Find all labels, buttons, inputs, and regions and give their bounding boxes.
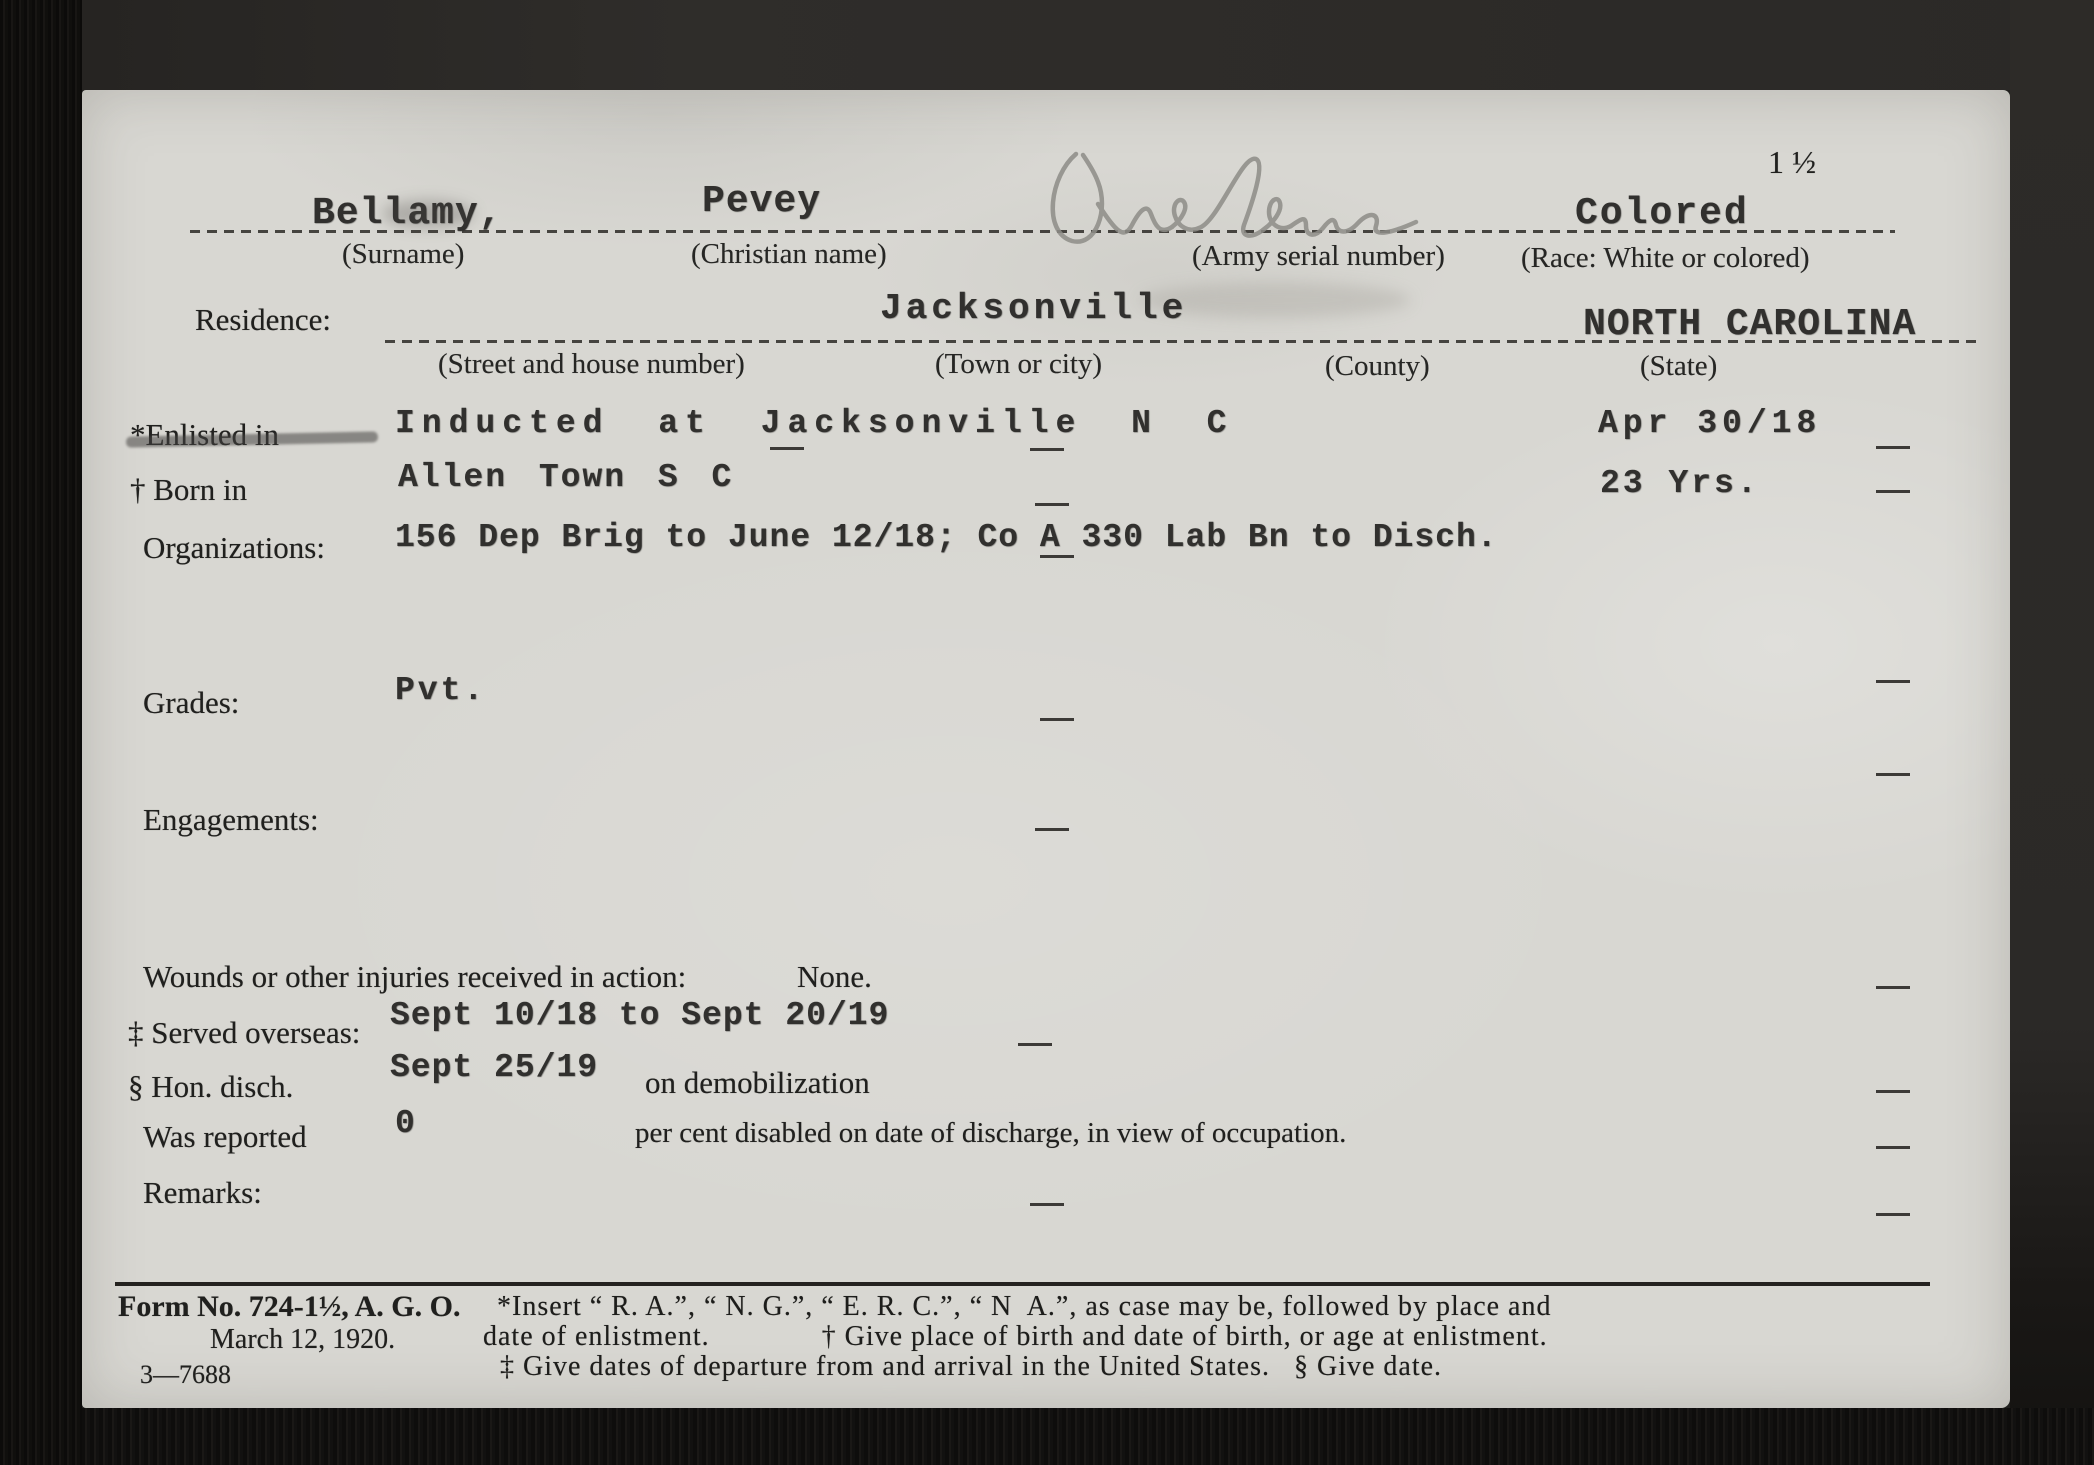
scan-border-right: [2010, 0, 2094, 1465]
remarks-label: Remarks:: [143, 1175, 262, 1211]
dash-mark: [1876, 1213, 1910, 1216]
dash-mark: [1040, 555, 1074, 558]
scan-border-left: [0, 0, 82, 1465]
hon-disch-date: Sept 25/19: [390, 1049, 598, 1086]
christian-name-label: (Christian name): [691, 238, 887, 271]
enlisted-date: Apr 30/18: [1598, 405, 1821, 442]
born-value: Allen Town S C: [398, 459, 733, 496]
engagements-label: Engagements:: [143, 802, 319, 838]
record-card: 1 ½ Bellamy, Pevey Colored (Surname) (Ch…: [82, 90, 2010, 1408]
dash-mark: [1876, 490, 1910, 493]
town-label: (Town or city): [935, 348, 1102, 381]
born-label: † Born in: [130, 472, 247, 508]
scanned-service-record: 1 ½ Bellamy, Pevey Colored (Surname) (Ch…: [0, 0, 2094, 1465]
dash-mark: [1876, 773, 1910, 776]
dash-mark: [770, 447, 804, 450]
form-number: Form No. 724-1½, A. G. O.: [118, 1290, 460, 1324]
hon-disch-reason: on demobilization: [645, 1065, 870, 1101]
dash-mark: [1876, 446, 1910, 449]
surname-label: (Surname): [342, 238, 464, 271]
wounds-value: None.: [797, 959, 872, 995]
served-overseas-label: ‡ Served overseas:: [128, 1015, 360, 1051]
residence-label: Residence:: [195, 302, 331, 338]
form-date: March 12, 1920.: [210, 1324, 395, 1356]
residence-row-rule: [385, 340, 1977, 343]
race-label: (Race: White or colored): [1521, 242, 1810, 275]
was-reported-label: Was reported: [143, 1119, 307, 1155]
dash-mark: [1030, 448, 1064, 451]
county-label: (County): [1325, 350, 1430, 383]
corner-mark: 1 ½: [1768, 144, 1816, 181]
dash-mark: [1876, 680, 1910, 683]
footnote-line-1: *Insert “ R. A.”, “ N. G.”, “ E. R. C.”,…: [497, 1291, 1551, 1323]
organizations-value: 156 Dep Brig to June 12/18; Co A 330 Lab…: [395, 519, 1498, 556]
served-overseas-value: Sept 10/18 to Sept 20/19: [390, 997, 889, 1034]
footer-rule: [115, 1282, 1930, 1286]
print-code: 3—7688: [140, 1360, 231, 1390]
disability-percent-value: 0: [395, 1105, 416, 1142]
dash-mark: [1035, 828, 1069, 831]
dash-mark: [1040, 718, 1074, 721]
race-value: Colored: [1575, 192, 1749, 235]
street-label: (Street and house number): [438, 348, 745, 381]
grades-label: Grades:: [143, 685, 239, 721]
age-value: 23 Yrs.: [1600, 465, 1760, 502]
dash-mark: [1876, 986, 1910, 989]
hon-disch-label: § Hon. disch.: [128, 1069, 293, 1105]
dash-mark: [1030, 1203, 1064, 1206]
surname-smudge: [382, 200, 474, 228]
footnote-line-2: date of enlistment. † Give place of birt…: [483, 1321, 1548, 1353]
dash-mark: [1876, 1146, 1910, 1149]
dash-mark: [1035, 503, 1069, 506]
state-label: (State): [1640, 350, 1717, 383]
christian-name-value: Pevey: [702, 180, 821, 223]
disability-suffix: per cent disabled on date of discharge, …: [635, 1117, 1346, 1150]
enlisted-value: Inducted at Jacksonville N C: [395, 405, 1234, 442]
serial-number-label: (Army serial number): [1192, 240, 1445, 273]
residence-town-value: Jacksonville: [880, 288, 1187, 329]
dash-mark: [1876, 1090, 1910, 1093]
wounds-label: Wounds or other injuries received in act…: [143, 959, 686, 995]
grades-value: Pvt.: [395, 672, 486, 709]
scan-border-bottom: [0, 1408, 2094, 1465]
scan-border-top: [82, 0, 2094, 90]
dash-mark: [1018, 1043, 1052, 1046]
footnote-line-3: ‡ Give dates of departure from and arriv…: [500, 1351, 1442, 1383]
organizations-label: Organizations:: [143, 530, 325, 566]
